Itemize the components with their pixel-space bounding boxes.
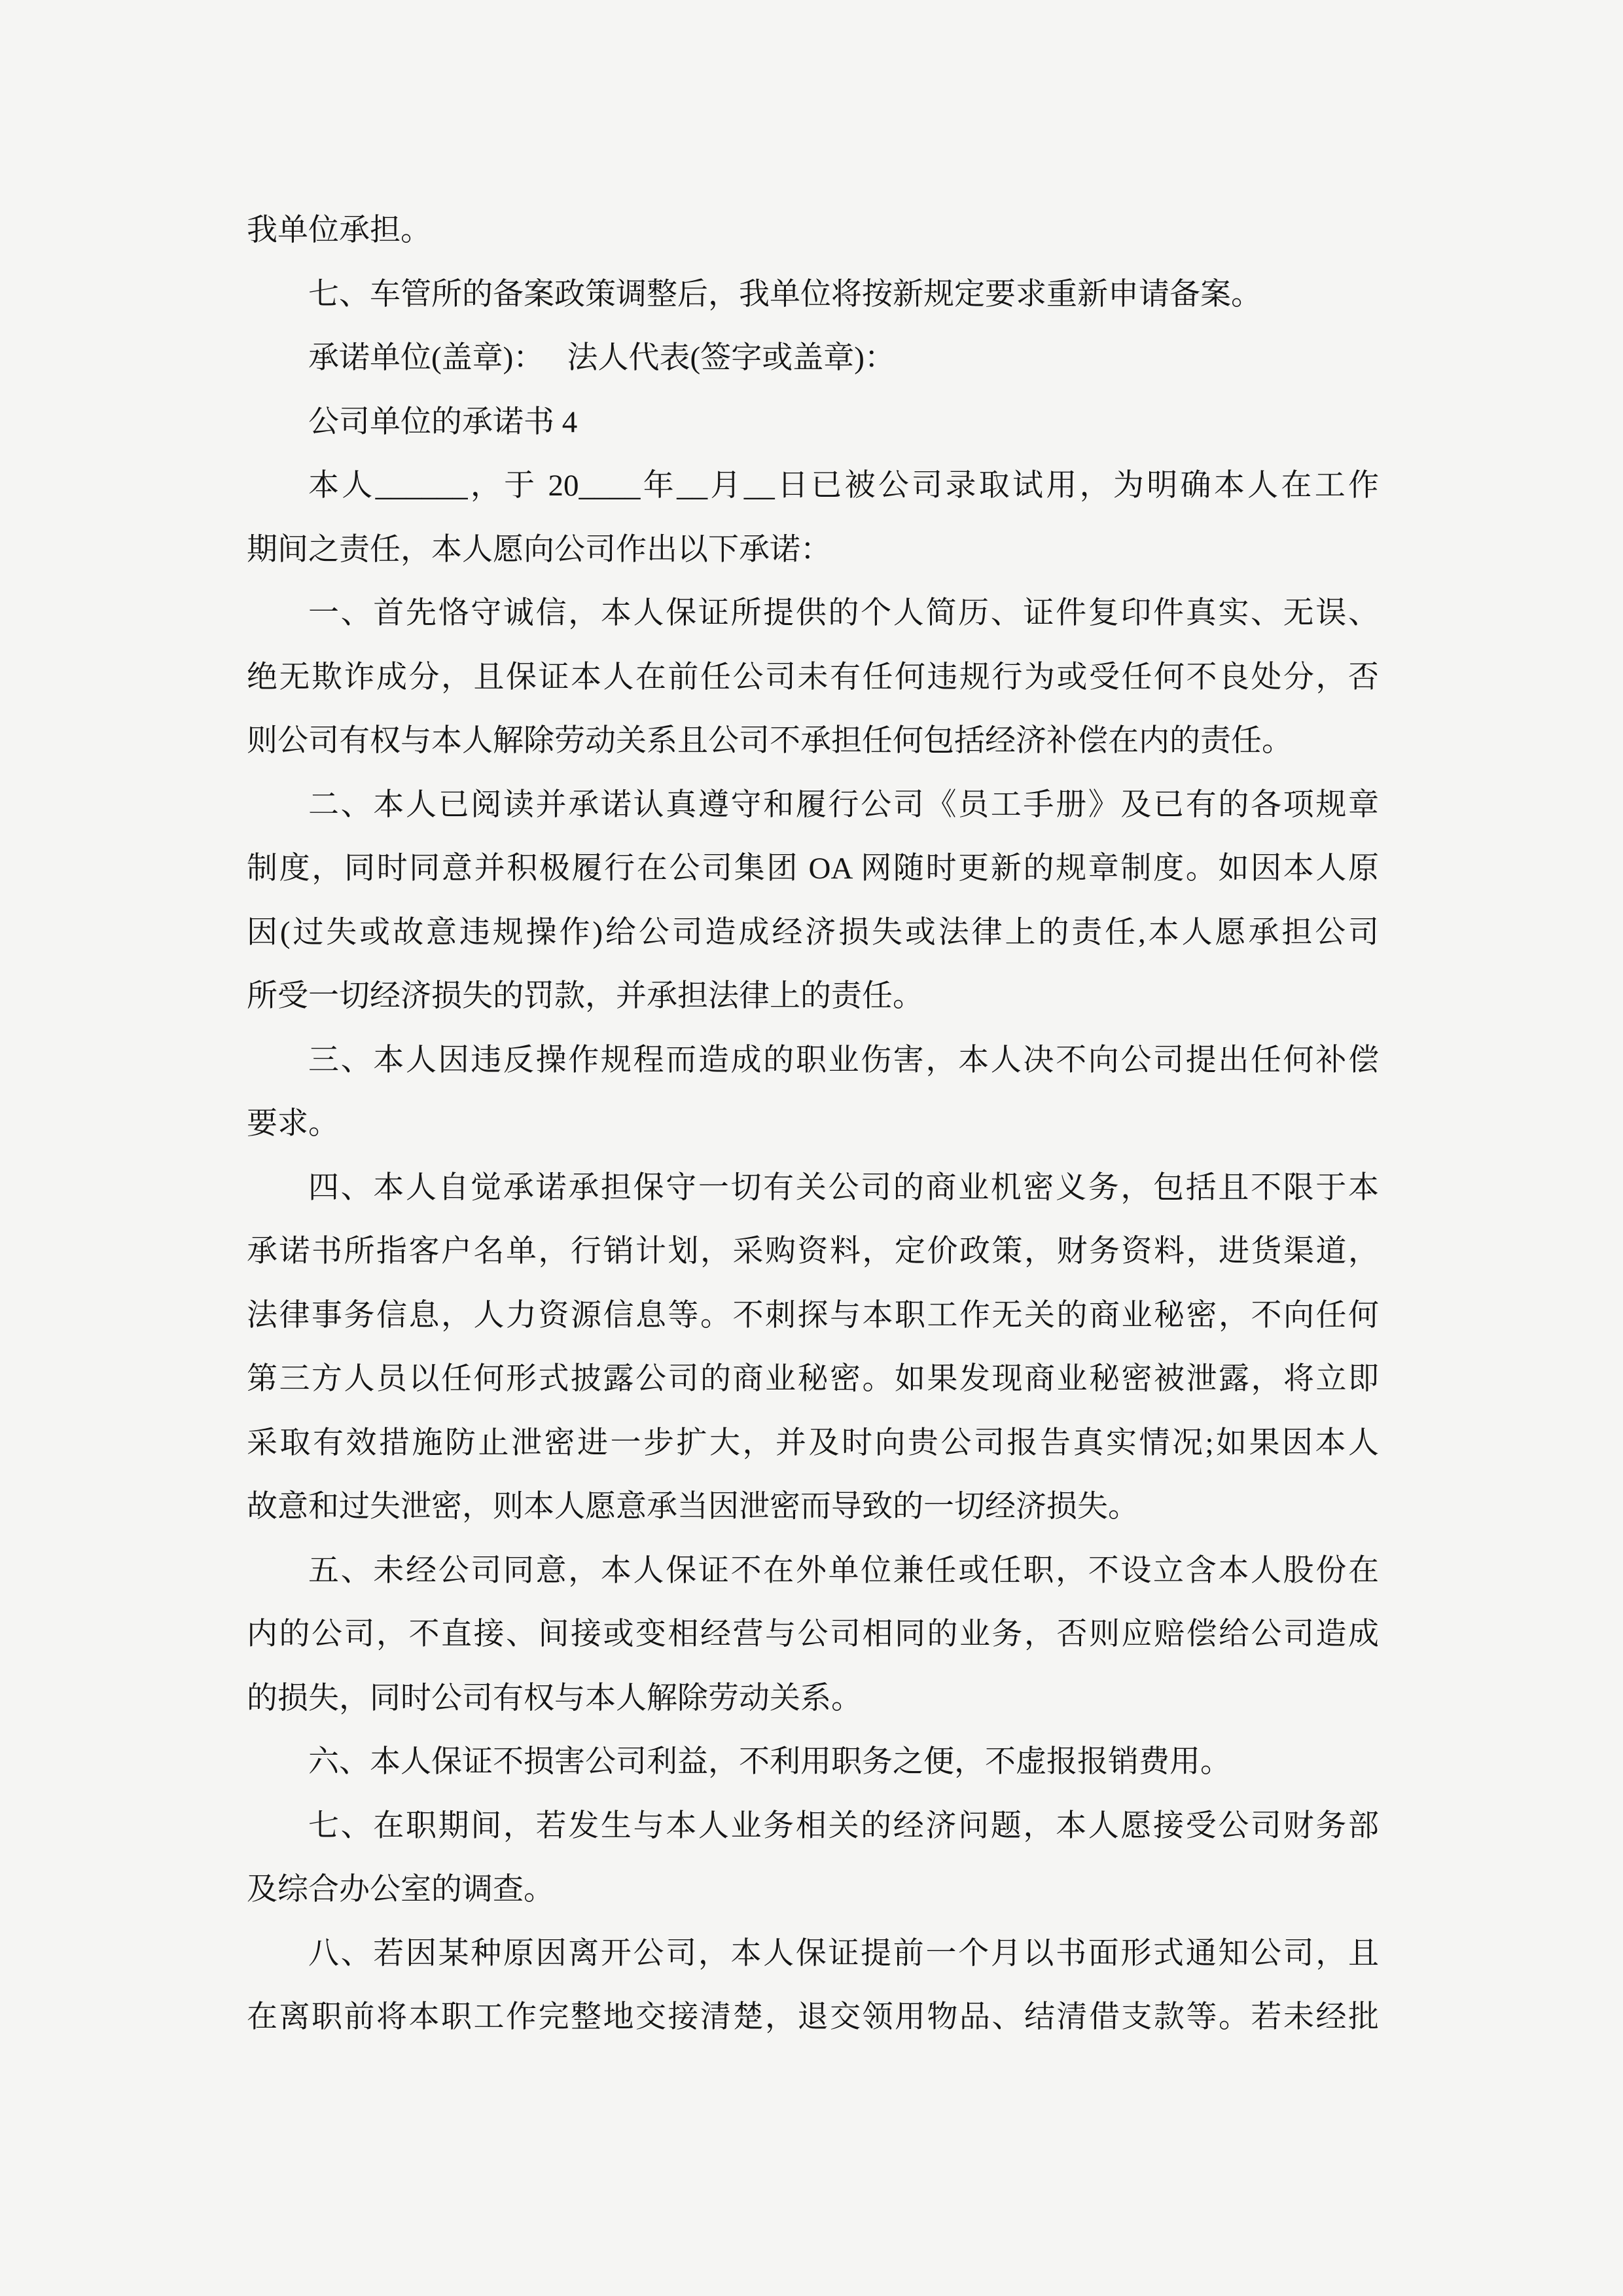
text-line-24: 的损失，同时公司有权与本人解除劳动关系。 bbox=[247, 1667, 1379, 1731]
document-text-block: 我单位承担。七、车管所的备案政策调整后，我单位将按新规定要求重新申请备案。承诺单… bbox=[247, 199, 1379, 2050]
text-line-28: 八、若因某种原因离开公司，本人保证提前一个月以书面形式通知公司，且 bbox=[247, 1922, 1379, 1986]
text-line-17: 承诺书所指客户名单，行销计划，采购资料，定价政策，财务资料，进货渠道， bbox=[247, 1220, 1379, 1284]
text-line-8: 绝无欺诈成分，且保证本人在前任公司未有任何违规行为或受任何不良处分，否 bbox=[247, 646, 1379, 710]
text-line-9: 则公司有权与本人解除劳动关系且公司不承担任何包括经济补偿在内的责任。 bbox=[247, 709, 1379, 774]
text-line-15: 要求。 bbox=[247, 1092, 1379, 1157]
text-line-11: 制度，同时同意并积极履行在公司集团 OA 网随时更新的规章制度。如因本人原 bbox=[247, 837, 1379, 901]
text-line-5: 本人______，于 20____年__月__日已被公司录取试用，为明确本人在工… bbox=[247, 454, 1379, 518]
text-line-1: 我单位承担。 bbox=[247, 199, 1379, 263]
document-page: 我单位承担。七、车管所的备案政策调整后，我单位将按新规定要求重新申请备案。承诺单… bbox=[0, 0, 1623, 2296]
text-line-27: 及综合办公室的调查。 bbox=[247, 1858, 1379, 1922]
text-line-21: 故意和过失泄密，则本人愿意承当因泄密而导致的一切经济损失。 bbox=[247, 1475, 1379, 1539]
text-line-26: 七、在职期间，若发生与本人业务相关的经济问题，本人愿接受公司财务部 bbox=[247, 1795, 1379, 1859]
text-line-12: 因(过失或故意违规操作)给公司造成经济损失或法律上的责任,本人愿承担公司 bbox=[247, 901, 1379, 965]
text-line-16: 四、本人自觉承诺承担保守一切有关公司的商业机密义务，包括且不限于本 bbox=[247, 1157, 1379, 1221]
text-line-22: 五、未经公司同意，本人保证不在外单位兼任或任职，不设立含本人股份在 bbox=[247, 1539, 1379, 1604]
text-line-4: 公司单位的承诺书 4 bbox=[247, 391, 1379, 455]
text-line-13: 所受一切经济损失的罚款，并承担法律上的责任。 bbox=[247, 965, 1379, 1029]
text-line-25: 六、本人保证不损害公司利益，不利用职务之便，不虚报报销费用。 bbox=[247, 1731, 1379, 1795]
text-line-23: 内的公司，不直接、间接或变相经营与公司相同的业务，否则应赔偿给公司造成 bbox=[247, 1603, 1379, 1667]
text-line-3: 承诺单位(盖章)： 法人代表(签字或盖章)： bbox=[247, 327, 1379, 391]
text-line-10: 二、本人已阅读并承诺认真遵守和履行公司《员工手册》及已有的各项规章 bbox=[247, 774, 1379, 838]
text-line-19: 第三方人员以任何形式披露公司的商业秘密。如果发现商业秘密被泄露，将立即 bbox=[247, 1348, 1379, 1412]
text-line-2: 七、车管所的备案政策调整后，我单位将按新规定要求重新申请备案。 bbox=[247, 263, 1379, 327]
text-line-14: 三、本人因违反操作规程而造成的职业伤害，本人决不向公司提出任何补偿 bbox=[247, 1029, 1379, 1093]
text-line-29: 在离职前将本职工作完整地交接清楚，退交领用物品、结清借支款等。若未经批 bbox=[247, 1986, 1379, 2050]
text-line-20: 采取有效措施防止泄密进一步扩大，并及时向贵公司报告真实情况;如果因本人 bbox=[247, 1412, 1379, 1476]
text-line-6: 期间之责任，本人愿向公司作出以下承诺： bbox=[247, 518, 1379, 583]
text-line-18: 法律事务信息，人力资源信息等。不刺探与本职工作无关的商业秘密，不向任何 bbox=[247, 1284, 1379, 1348]
text-line-7: 一、首先恪守诚信，本人保证所提供的个人简历、证件复印件真实、无误、 bbox=[247, 582, 1379, 646]
